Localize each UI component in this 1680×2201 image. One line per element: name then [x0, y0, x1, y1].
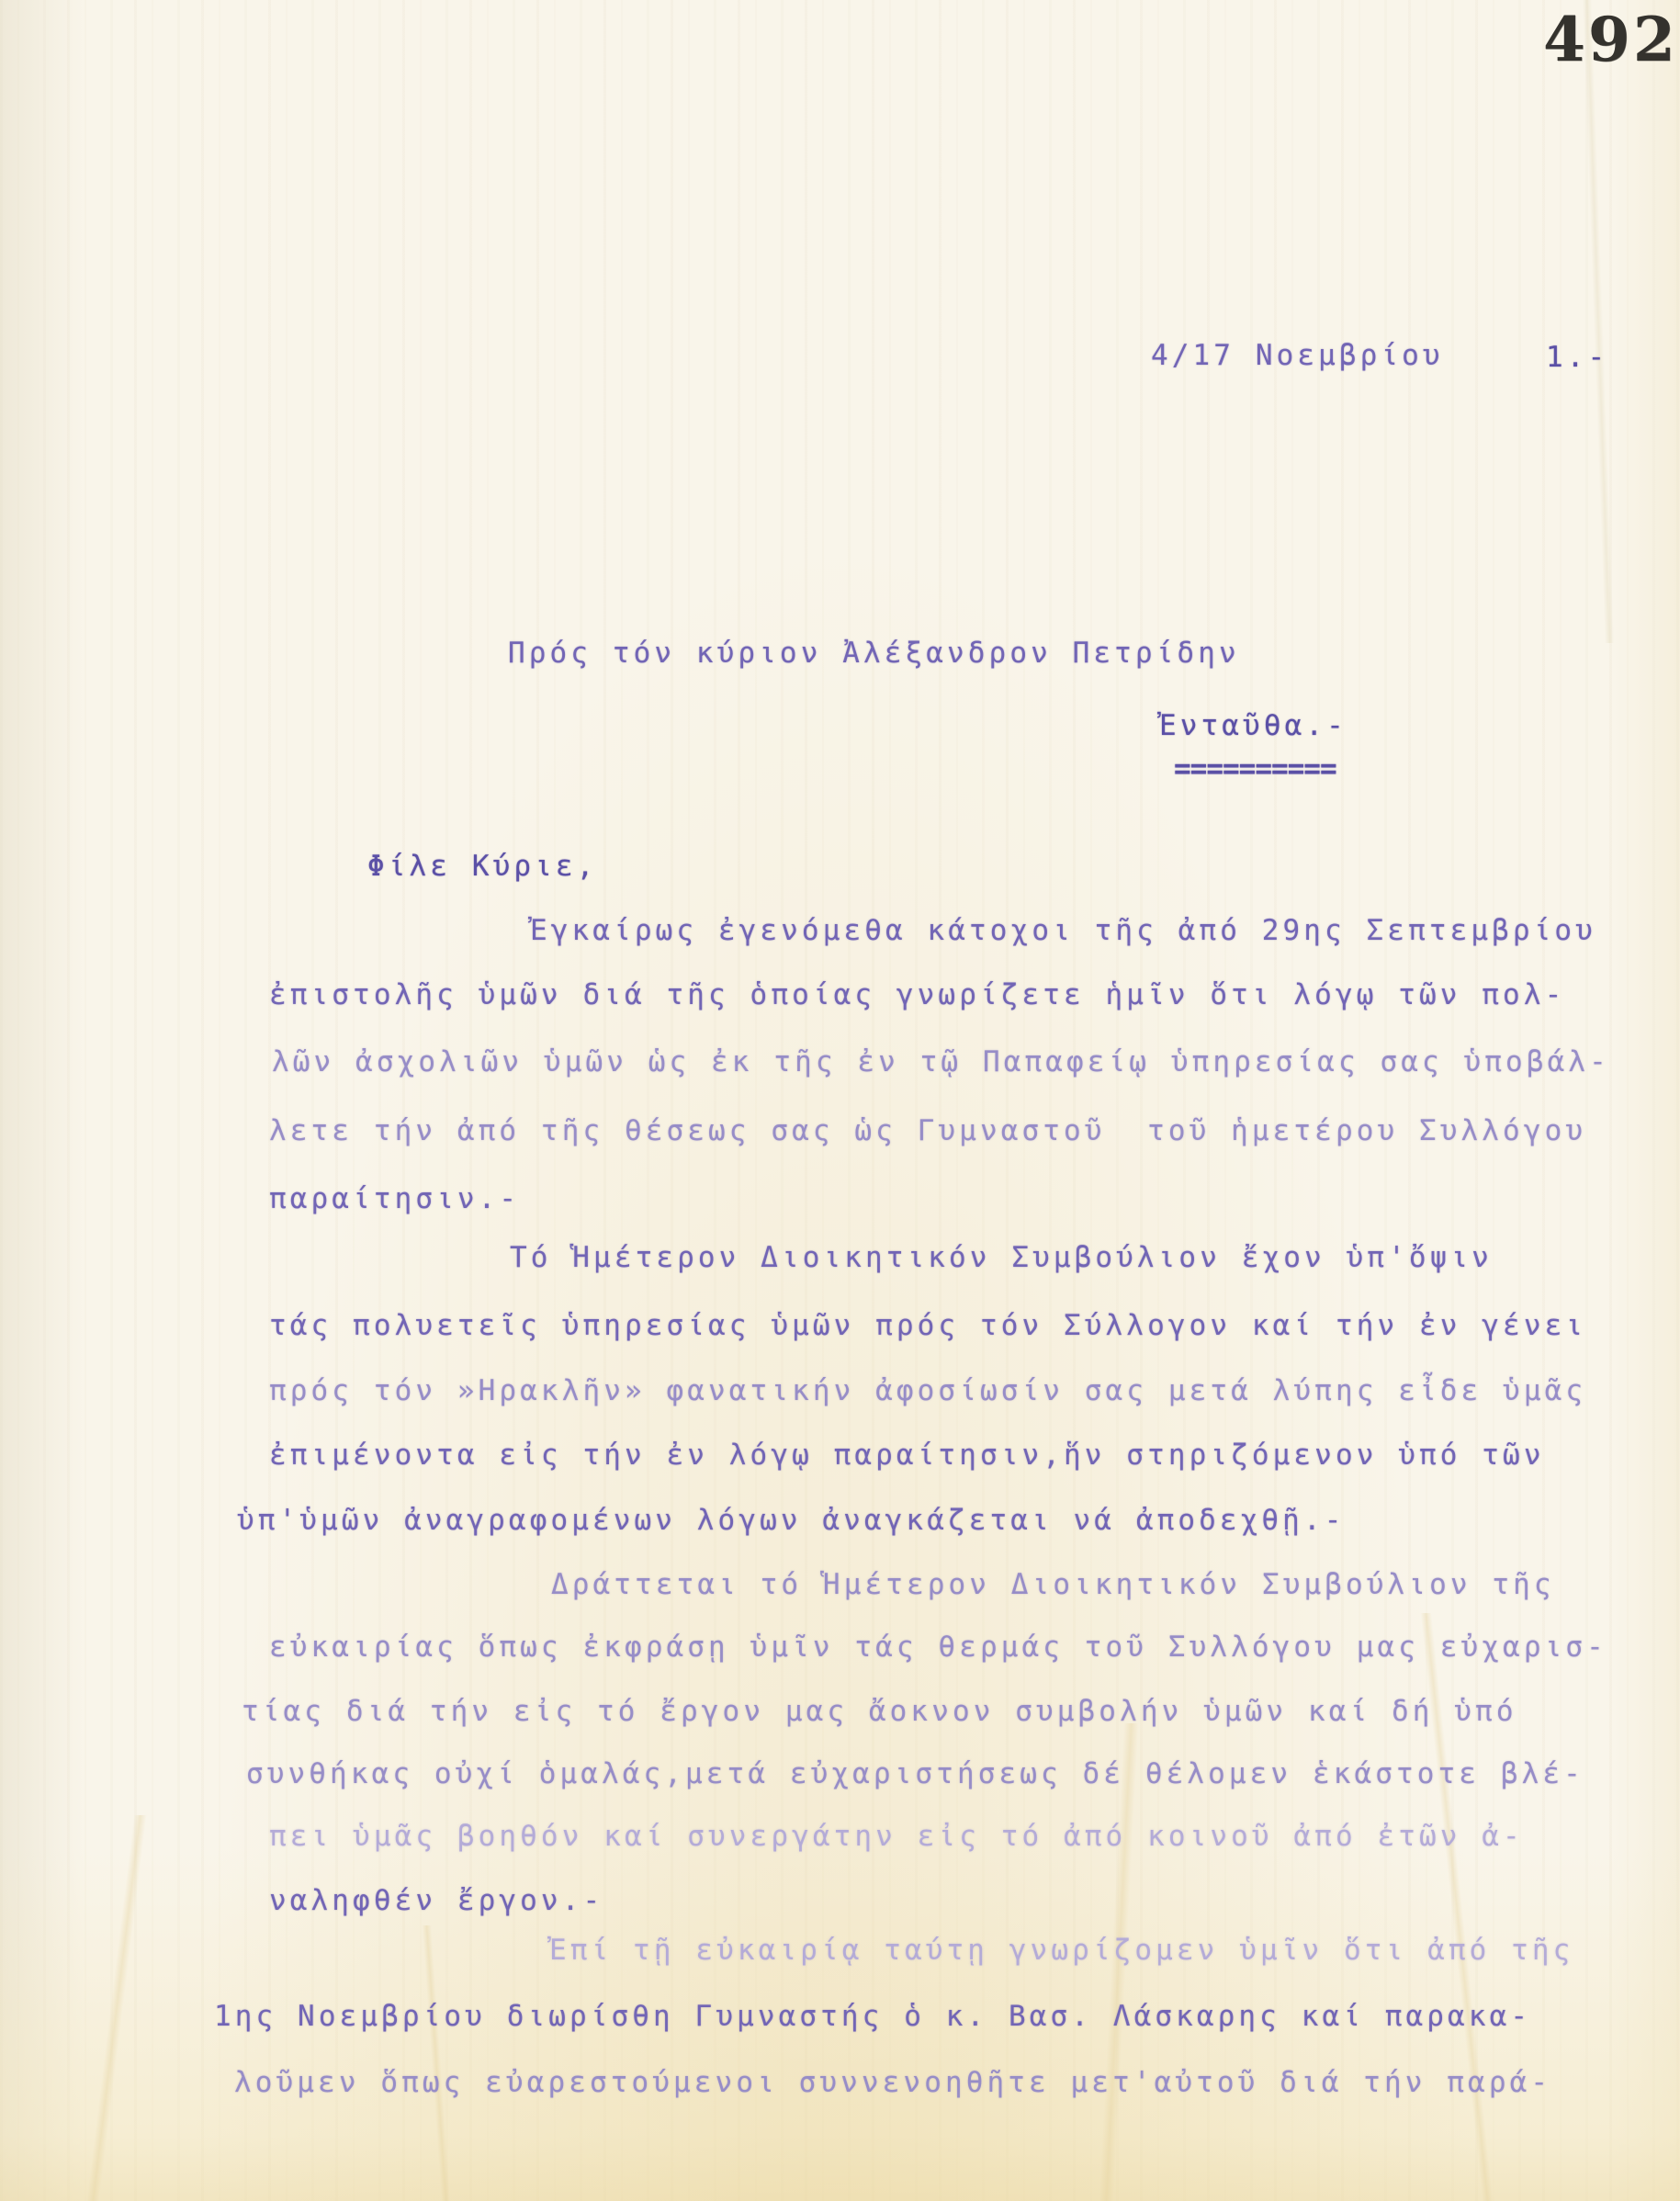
- page-number-stamp: 492: [1543, 4, 1678, 75]
- letter-page: 492 4/17 Νοεμβρίου 1.- Πρός τόν κύριον Ἀ…: [0, 0, 1680, 2201]
- document-number: 1.-: [1546, 342, 1608, 373]
- salutation: Φίλε Κύριε,: [367, 851, 597, 882]
- letter-line: ἐπιστολῆς ὑμῶν διά τῆς ὁποίας γνωρίζετε …: [269, 979, 1565, 1010]
- letter-line: λῶν ἀσχολιῶν ὑμῶν ὡς ἐκ τῆς ἐν τῷ Παπαφε…: [272, 1046, 1610, 1078]
- separator-line: ==========: [1174, 753, 1336, 784]
- letter-line: τάς πολυετεῖς ὑπηρεσίας ὑμῶν πρός τόν Σύ…: [269, 1310, 1586, 1341]
- date-line: 4/17 Νοεμβρίου: [1151, 340, 1444, 371]
- letter-line: πρός τόν »Ηρακλῆν» φανατικήν ἀφοσίωσίν σ…: [269, 1375, 1586, 1406]
- letter-line: ὑπ'ὑμῶν ἀναγραφομένων λόγων ἀναγκάζεται …: [237, 1505, 1345, 1536]
- paper-crease: [86, 1815, 147, 2201]
- letter-line: παραίτησιν.-: [269, 1183, 520, 1214]
- paper-crease: [423, 1925, 451, 2201]
- paper-crease: [1583, 0, 1614, 643]
- letter-line: ἐπιμένοντα εἰς τήν ἐν λόγῳ παραίτησιν,ἥν…: [269, 1439, 1545, 1471]
- letter-line: 1ης Νοεμβρίου διωρίσθη Γυμναστής ὁ κ. Βα…: [214, 2001, 1531, 2032]
- letter-line: εὐκαιρίας ὅπως ἐκφράσῃ ὑμῖν τάς θερμάς τ…: [269, 1631, 1607, 1663]
- letter-line: Τό Ἡμέτερον Διοικητικόν Συμβούλιον ἔχον …: [510, 1242, 1493, 1273]
- place-line: Ἐνταῦθα.-: [1159, 710, 1347, 741]
- letter-line: Δράττεται τό Ἡμέτερον Διοικητικόν Συμβού…: [551, 1569, 1555, 1600]
- letter-line: συνθήκας οὐχί ὁμαλάς,μετά εὐχαριστήσεως …: [246, 1758, 1584, 1789]
- letter-line: πει ὑμᾶς βοηθόν καί συνεργάτην εἰς τό ἀπ…: [269, 1821, 1524, 1852]
- letter-line: τίας διά τήν εἰς τό ἔργον μας ἄοκνον συμ…: [242, 1696, 1517, 1727]
- letter-line: Ἐγκαίρως ἐγενόμεθα κάτοχοι τῆς ἀπό 29ης …: [530, 915, 1596, 946]
- letter-line: Ἐπί τῇ εὐκαιρίᾳ ταύτῃ γνωρίζομεν ὑμῖν ὅτ…: [549, 1935, 1573, 1966]
- letter-line: λετε τήν ἀπό τῆς θέσεως σας ὡς Γυμναστοῦ…: [269, 1115, 1586, 1146]
- recipient-line: Πρός τόν κύριον Ἀλέξανδρον Πετρίδην: [508, 638, 1240, 669]
- letter-line: λοῦμεν ὅπως εὐαρεστούμενοι συννενοηθῆτε …: [234, 2067, 1551, 2098]
- letter-line: ναληφθέν ἔργον.-: [269, 1885, 603, 1916]
